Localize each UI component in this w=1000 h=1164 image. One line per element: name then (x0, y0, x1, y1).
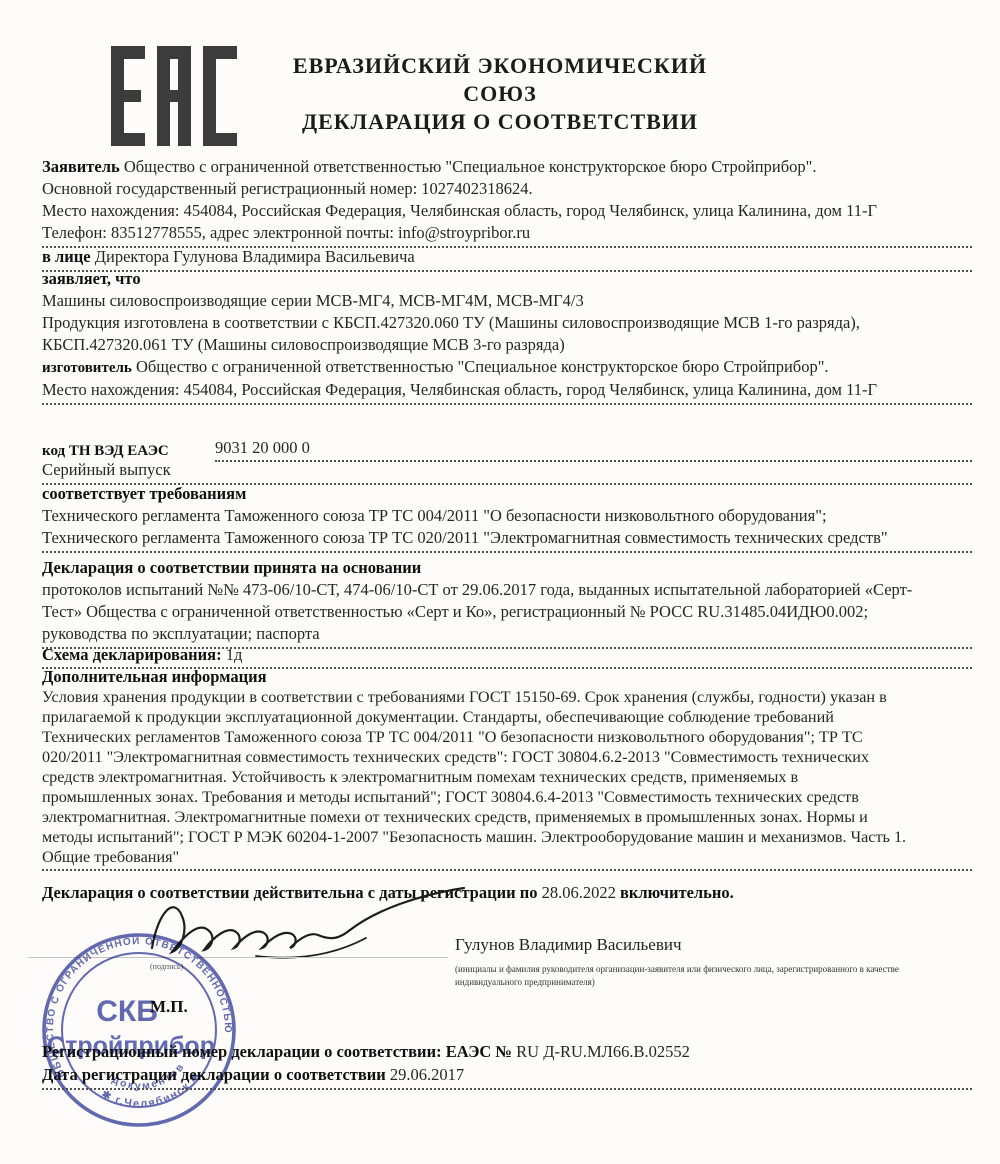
basis-line-2: Тест» Общества с ограниченной ответствен… (42, 601, 972, 623)
additional-info-text: Условия хранения продукции в соответстви… (42, 687, 972, 867)
title-line-1: ЕВРАЗИЙСКИЙ ЭКОНОМИЧЕСКИЙ (0, 52, 1000, 80)
applicant-line: Заявитель Общество с ограниченной ответс… (42, 156, 972, 178)
in-person-label: в лице (42, 247, 91, 266)
validity-suffix: включительно. (620, 883, 734, 902)
registration-date-label: Дата регистрации декларации о соответств… (42, 1065, 386, 1084)
addinfo-line-5: средств электромагнитная. Устойчивость к… (42, 767, 972, 787)
addinfo-line-2: прилагаемой к продукции эксплуатационной… (42, 707, 972, 727)
applicant-ogrn: Основной государственный регистрационный… (42, 178, 972, 200)
registration-number-line: Регистрационный номер декларации о соотв… (42, 1041, 972, 1063)
scheme-line: Схема декларирования: 1д (42, 645, 972, 665)
basis-label: Декларация о соответствии принята на осн… (42, 557, 972, 579)
head-name-caption-line-2: индивидуального предпринимателя) (455, 976, 935, 989)
applicant-label: Заявитель (42, 157, 120, 176)
in-person-value: Директора Гулунова Владимира Васильевича (95, 247, 415, 266)
additional-info-section: Дополнительная информация Условия хранен… (42, 666, 972, 871)
declaration-document: ЕВРАЗИЙСКИЙ ЭКОНОМИЧЕСКИЙ СОЮЗ ДЕКЛАРАЦИ… (0, 0, 1000, 1164)
addinfo-line-3: Технических регламентов Таможенного союз… (42, 727, 972, 747)
head-name: Гулунов Владимир Васильевич (455, 935, 682, 955)
registration-date-value: 29.06.2017 (390, 1065, 464, 1084)
document-title: ЕВРАЗИЙСКИЙ ЭКОНОМИЧЕСКИЙ СОЮЗ ДЕКЛАРАЦИ… (0, 52, 1000, 136)
additional-info-label: Дополнительная информация (42, 666, 972, 687)
addinfo-line-4: 020/2011 "Электромагнитная совместимость… (42, 747, 972, 767)
basis-section: Декларация о соответствии принята на осн… (42, 557, 972, 649)
applicant-section: Заявитель Общество с ограниченной ответс… (42, 156, 972, 248)
scheme-label: Схема декларирования: (42, 645, 222, 664)
applicant-address: Место нахождения: 454084, Российская Фед… (42, 200, 972, 222)
stamp-center-line-1: СКБ (96, 995, 158, 1028)
manufacturer-label: изготовитель (42, 360, 132, 376)
manufacturer-name: Общество с ограниченной ответственностью… (136, 357, 829, 376)
basis-line-3: руководства по эксплуатации; паспорта (42, 623, 972, 645)
registration-number-value: RU Д-RU.МЛ66.В.02552 (516, 1042, 690, 1061)
validity-date: 28.06.2022 (542, 883, 616, 902)
applicant-contacts: Телефон: 83512778555, адрес электронной … (42, 222, 972, 244)
title-line-2: СОЮЗ (0, 80, 1000, 108)
applicant-name: Общество с ограниченной ответственностью… (124, 157, 817, 176)
company-stamp: ОБЩЕСТВО С ОГРАНИЧЕННОЙ ОТВЕТСТВЕННОСТЬЮ… (27, 918, 251, 1142)
basis-line-1: протоколов испытаний №№ 473-06/10-СТ, 47… (42, 579, 972, 601)
head-name-caption-line-1: (инициалы и фамилия руководителя организ… (455, 963, 935, 976)
registration-date-line: Дата регистрации декларации о соответств… (42, 1064, 972, 1090)
manufacturer-line: изготовитель Общество с ограниченной отв… (42, 356, 972, 379)
manufacturer-address: Место нахождения: 454084, Российская Фед… (42, 379, 972, 401)
requirement-line-1: Технического регламента Таможенного союз… (42, 505, 972, 527)
title-line-3: ДЕКЛАРАЦИЯ О СООТВЕТСТВИИ (0, 108, 1000, 136)
declares-label: заявляет, что (42, 268, 972, 290)
requirements-label: соответствует требованиям (42, 483, 972, 505)
requirement-line-2: Технического регламента Таможенного союз… (42, 527, 972, 549)
addinfo-line-1: Условия хранения продукции в соответстви… (42, 687, 972, 707)
declares-section: заявляет, что Машины силовоспроизводящие… (42, 268, 972, 405)
serial-issue: Серийный выпуск (42, 459, 972, 481)
head-name-caption: (инициалы и фамилия руководителя организ… (455, 963, 935, 988)
product-line-1: Машины силовоспроизводящие серии МСВ-МГ4… (42, 290, 972, 312)
addinfo-line-9: Общие требования" (42, 847, 972, 867)
addinfo-line-8: методы испытаний"; ГОСТ Р МЭК 60204-1-20… (42, 827, 972, 847)
scheme-value: 1д (226, 645, 243, 664)
addinfo-line-7: электромагнитная. Электромагнитные помех… (42, 807, 972, 827)
addinfo-line-6: промышленных зонах. Требования и методы … (42, 787, 972, 807)
product-line-3: КБСП.427320.061 ТУ (Машины силовоспроизв… (42, 334, 972, 356)
product-line-2: Продукция изготовлена в соответствии с К… (42, 312, 972, 334)
registration-number-label: Регистрационный номер декларации о соотв… (42, 1042, 512, 1061)
serial-issue-section: Серийный выпуск (42, 459, 972, 485)
requirements-section: соответствует требованиям Технического р… (42, 483, 972, 553)
in-person-line: в лице Директора Гулунова Владимира Васи… (42, 246, 972, 268)
